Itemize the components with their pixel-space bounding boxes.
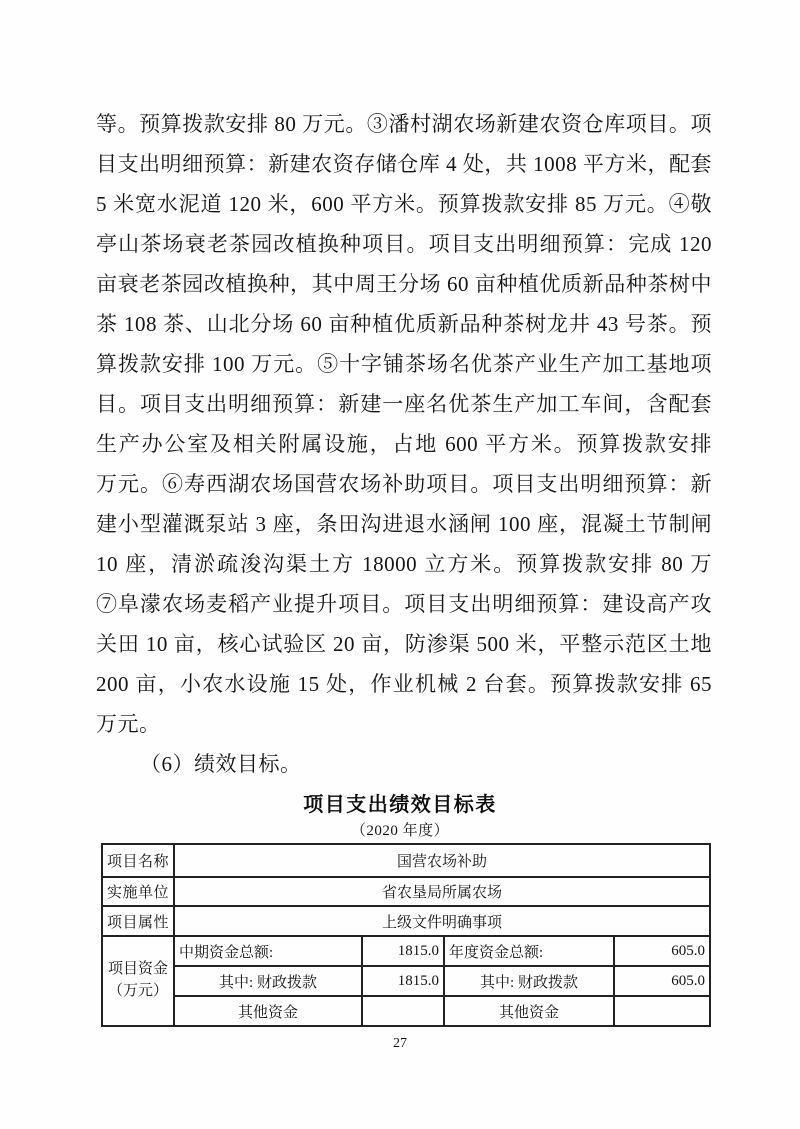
project-name-value: 国营农场补助 bbox=[174, 844, 710, 877]
body-line: 目。项目支出明细预算：新建一座名优茶生产加工车间，含配套 bbox=[96, 384, 712, 424]
annual-total-label: 年度资金总额: bbox=[444, 936, 614, 966]
body-line: 200 亩，小农水设施 15 处，作业机械 2 台套。预算拨款安排 65 bbox=[96, 664, 712, 704]
body-line: 5 米宽水泥道 120 米，600 平方米。预算拨款安排 85 万元。④敬 bbox=[96, 184, 712, 224]
table-row: 项目资金 （万元） 中期资金总额: 1815.0 年度资金总额: 605.0 bbox=[102, 936, 710, 966]
table-row: 其他资金 其他资金 bbox=[102, 996, 710, 1026]
table-title: 项目支出绩效目标表 bbox=[0, 788, 800, 817]
body-line: 算拨款安排 100 万元。⑤十字铺茶场名优茶产业生产加工基地项 bbox=[96, 344, 712, 384]
table-row: 实施单位 省农垦局所属农场 bbox=[102, 877, 710, 906]
midterm-other-value bbox=[362, 996, 444, 1026]
body-line: 目支出明细预算：新建农资存储仓库 4 处，共 1008 平方米，配套 bbox=[96, 144, 712, 184]
project-attribute-value: 上级文件明确事项 bbox=[174, 906, 710, 936]
project-name-label: 项目名称 bbox=[102, 844, 174, 877]
annual-other-value bbox=[614, 996, 710, 1026]
body-line: 万元。⑥寿西湖农场国营农场补助项目。项目支出明细预算：新 bbox=[96, 464, 712, 504]
midterm-fiscal-value: 1815.0 bbox=[362, 966, 444, 996]
body-line: ⑦阜濛农场麦稻产业提升项目。项目支出明细预算：建设高产攻 bbox=[96, 584, 712, 624]
midterm-other-label: 其他资金 bbox=[174, 996, 362, 1026]
annual-fiscal-label: 其中: 财政拨款 bbox=[444, 966, 614, 996]
body-line: 亭山茶场衰老茶园改植换种项目。项目支出明细预算：完成 120 bbox=[96, 224, 712, 264]
project-funds-label: 项目资金 （万元） bbox=[102, 936, 174, 1026]
project-funds-unit-text: （万元） bbox=[108, 983, 168, 999]
body-line: 生产办公室及相关附属设施，占地 600 平方米。预算拨款安排 100 bbox=[96, 424, 712, 464]
midterm-fiscal-label: 其中: 财政拨款 bbox=[174, 966, 362, 996]
body-line: 关田 10 亩，核心试验区 20 亩，防渗渠 500 米，平整示范区土地 bbox=[96, 624, 712, 664]
annual-other-label: 其他资金 bbox=[444, 996, 614, 1026]
body-text: 等。预算拨款安排 80 万元。③潘村湖农场新建农资仓库项目。项 目支出明细预算：… bbox=[96, 104, 712, 784]
body-line: 建小型灌溉泵站 3 座，条田沟进退水涵闸 100 座，混凝土节制闸 bbox=[96, 504, 712, 544]
body-line: 等。预算拨款安排 80 万元。③潘村湖农场新建农资仓库项目。项 bbox=[96, 104, 712, 144]
project-attribute-label: 项目属性 bbox=[102, 906, 174, 936]
annual-total-value: 605.0 bbox=[614, 936, 710, 966]
midterm-total-value: 1815.0 bbox=[362, 936, 444, 966]
table-row: 项目属性 上级文件明确事项 bbox=[102, 906, 710, 936]
table-row: 项目名称 国营农场补助 bbox=[102, 844, 710, 877]
body-line: 亩衰老茶园改植换种，其中周王分场 60 亩种植优质新品种茶树中 bbox=[96, 264, 712, 304]
body-line: 10 座，清淤疏浚沟渠土方 18000 立方米。预算拨款安排 80 万元。 bbox=[96, 544, 712, 584]
project-funds-label-text: 项目资金 bbox=[108, 961, 168, 977]
implementing-unit-label: 实施单位 bbox=[102, 877, 174, 906]
midterm-total-label: 中期资金总额: bbox=[174, 936, 362, 966]
body-line: 万元。 bbox=[96, 704, 712, 744]
implementing-unit-value: 省农垦局所属农场 bbox=[174, 877, 710, 906]
table-row: 其中: 财政拨款 1815.0 其中: 财政拨款 605.0 bbox=[102, 966, 710, 996]
body-line: 茶 108 茶、山北分场 60 亩种植优质新品种茶树龙井 43 号茶。预 bbox=[96, 304, 712, 344]
document-page: 等。预算拨款安排 80 万元。③潘村湖农场新建农资仓库项目。项 目支出明细预算：… bbox=[0, 0, 800, 1129]
annual-fiscal-value: 605.0 bbox=[614, 966, 710, 996]
page-number: 27 bbox=[0, 1036, 800, 1052]
table-subtitle: （2020 年度） bbox=[0, 819, 800, 840]
performance-target-table: 项目名称 国营农场补助 实施单位 省农垦局所属农场 项目属性 上级文件明确事项 … bbox=[101, 843, 711, 1027]
section-heading: （6）绩效目标。 bbox=[96, 744, 712, 784]
